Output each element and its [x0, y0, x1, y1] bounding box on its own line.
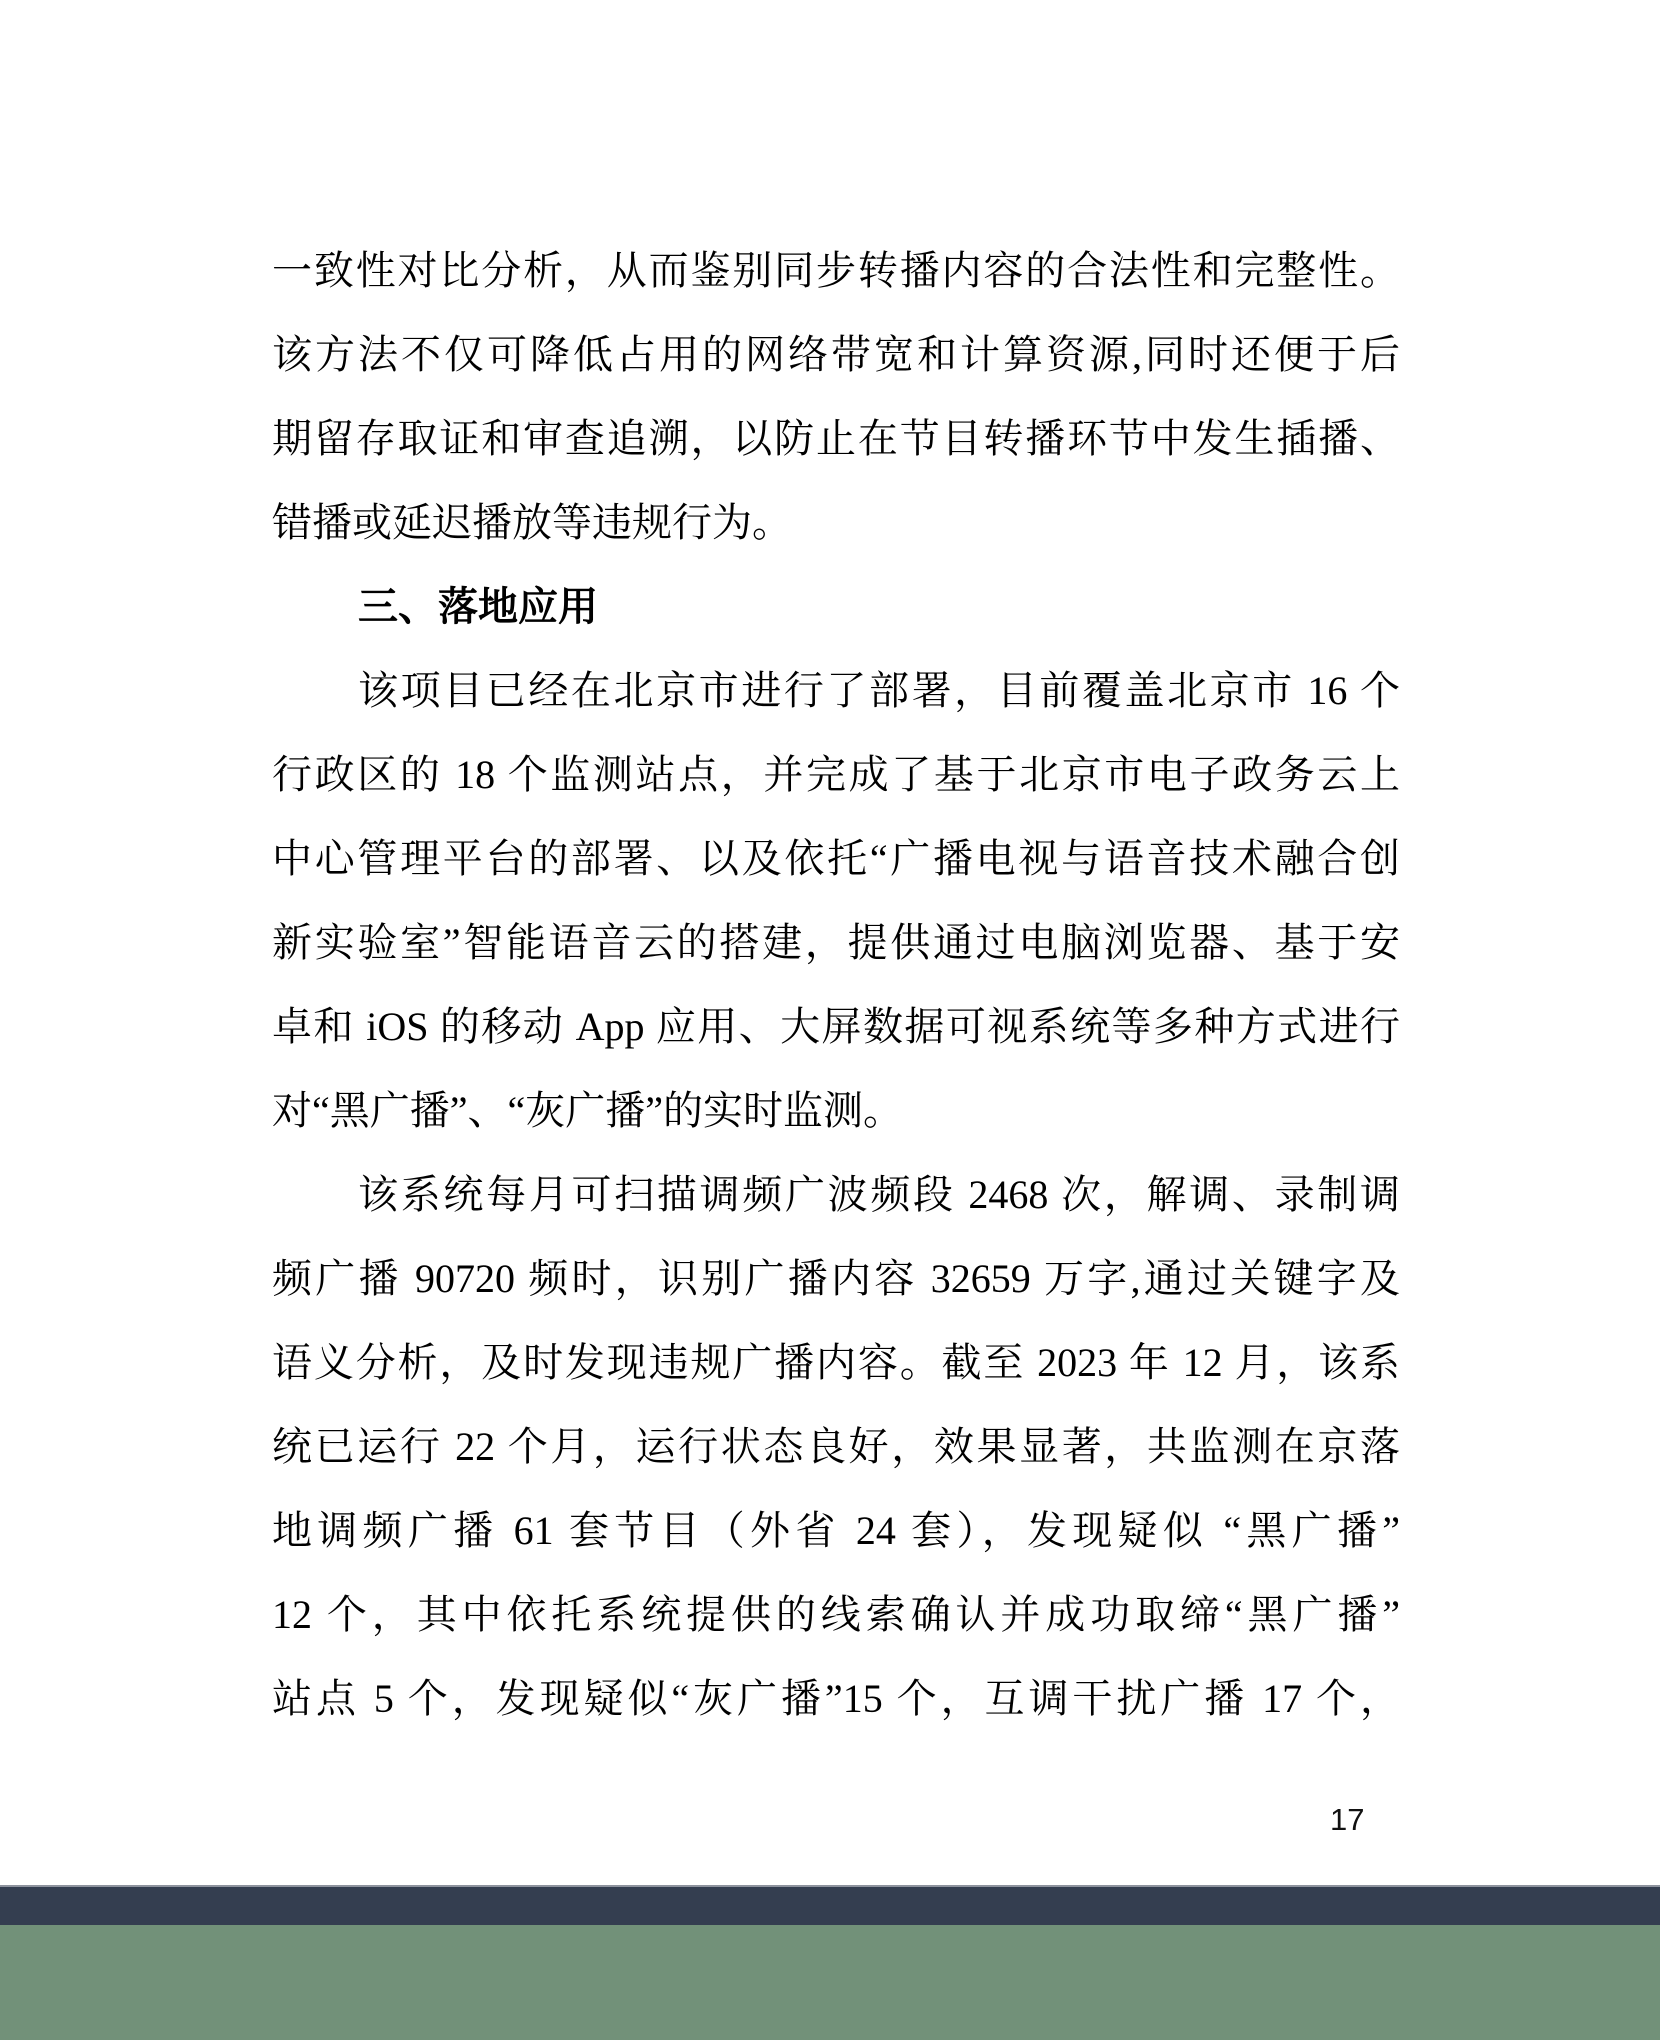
section-heading: 三、落地应用	[272, 565, 1400, 649]
text-line: 一致性对比分析，从而鉴别同步转播内容的合法性和完整性。	[272, 229, 1400, 313]
text-line: 地调频广播 61 套节目（外省 24 套），发现疑似 “黑广播”	[272, 1489, 1400, 1573]
text-line: 该项目已经在北京市进行了部署，目前覆盖北京市 16 个	[272, 649, 1400, 733]
document-body: 一致性对比分析，从而鉴别同步转播内容的合法性和完整性。 该方法不仅可降低占用的网…	[272, 229, 1400, 1741]
text-line: 统已运行 22 个月，运行状态良好，效果显著，共监测在京落	[272, 1405, 1400, 1489]
text-line: 错播或延迟播放等违规行为。	[272, 481, 1400, 565]
footer-dark-bar	[0, 1885, 1660, 1925]
document-page: 一致性对比分析，从而鉴别同步转播内容的合法性和完整性。 该方法不仅可降低占用的网…	[0, 0, 1660, 2040]
text-line: 新实验室”智能语音云的搭建，提供通过电脑浏览器、基于安	[272, 901, 1400, 985]
text-line: 行政区的 18 个监测站点，并完成了基于北京市电子政务云上	[272, 733, 1400, 817]
text-line: 站点 5 个，发现疑似“灰广播”15 个，互调干扰广播 17 个，	[272, 1657, 1400, 1741]
page-number: 17	[1330, 1800, 1390, 1840]
text-line: 卓和 iOS 的移动 App 应用、大屏数据可视系统等多种方式进行	[272, 985, 1400, 1069]
text-line: 该方法不仅可降低占用的网络带宽和计算资源,同时还便于后	[272, 313, 1400, 397]
text-line: 12 个，其中依托系统提供的线索确认并成功取缔“黑广播”	[272, 1573, 1400, 1657]
footer-green-bar	[0, 1925, 1660, 2040]
text-line: 语义分析，及时发现违规广播内容。截至 2023 年 12 月，该系	[272, 1321, 1400, 1405]
text-line: 对“黑广播”、“灰广播”的实时监测。	[272, 1069, 1400, 1153]
text-line: 频广播 90720 频时，识别广播内容 32659 万字,通过关键字及	[272, 1237, 1400, 1321]
text-line: 期留存取证和审查追溯，以防止在节目转播环节中发生插播、	[272, 397, 1400, 481]
text-line: 该系统每月可扫描调频广波频段 2468 次，解调、录制调	[272, 1153, 1400, 1237]
text-line: 中心管理平台的部署、以及依托“广播电视与语音技术融合创	[272, 817, 1400, 901]
